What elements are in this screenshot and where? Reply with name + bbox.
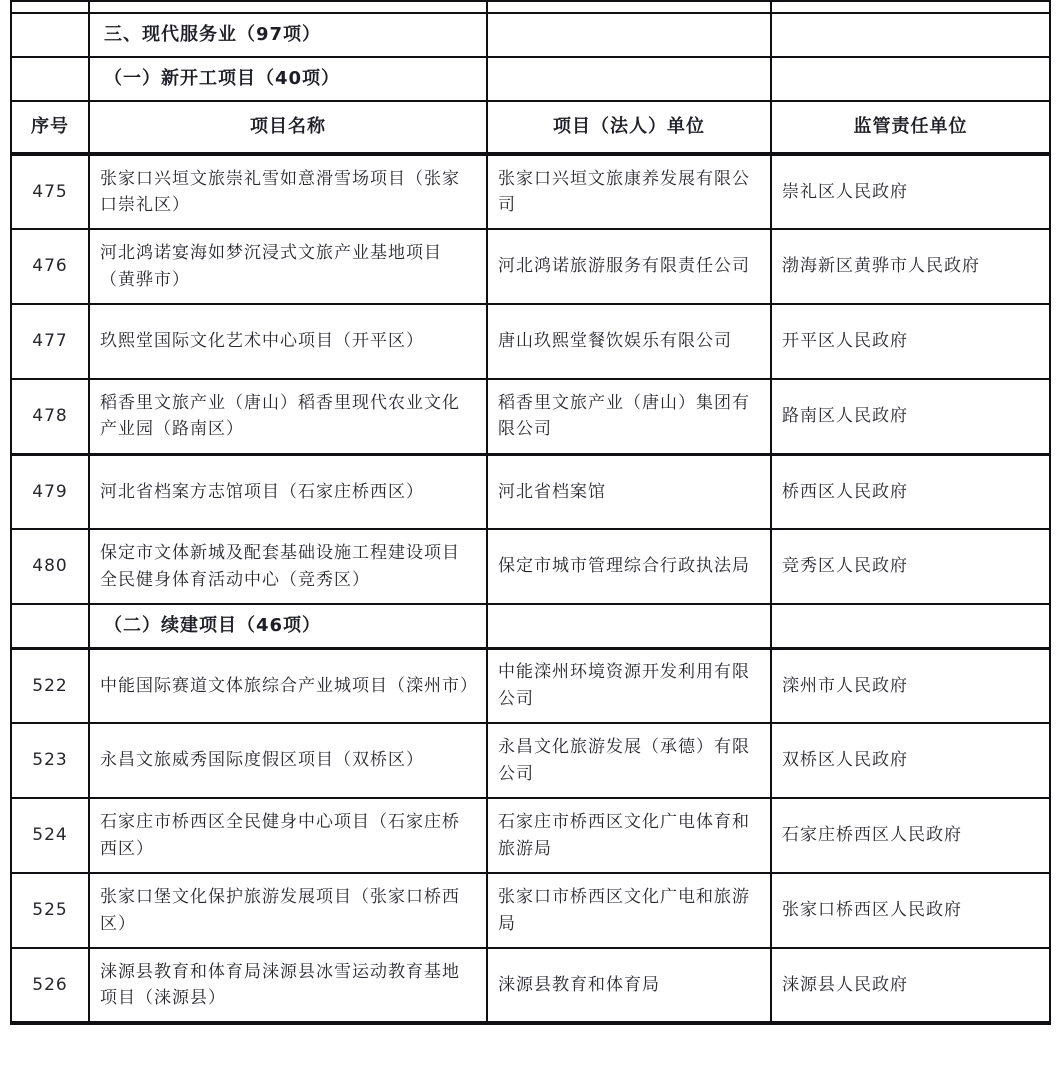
empty-cell [487, 13, 771, 57]
section-row-modern-services: 三、现代服务业（97项） [11, 13, 1050, 57]
empty-cell [11, 13, 89, 57]
subsection2-body: （二）续建项目（46项） [11, 604, 1050, 648]
empty-cell [771, 57, 1050, 101]
subsection-title: （一）新开工项目（40项） [89, 57, 487, 101]
table-container: 三、现代服务业（97项） （一）新开工项目（40项） 序号 项目名称 项目（法人… [10, 0, 1049, 1025]
subsection-row-new-start: （一）新开工项目（40项） [11, 57, 1050, 101]
project-name-cell: 中能国际赛道文体旅综合产业城项目（滦州市） [89, 648, 487, 723]
supervisor-cell: 石家庄桥西区人民政府 [771, 798, 1050, 873]
empty-cell [771, 604, 1050, 648]
empty-cell [487, 604, 771, 648]
project-name-cell: 河北省档案方志馆项目（石家庄桥西区） [89, 454, 487, 529]
table-row: 523 永昌文旅威秀国际度假区项目（双桥区） 永昌文化旅游发展（承德）有限公司 … [11, 723, 1050, 798]
empty-cell [771, 13, 1050, 57]
empty-cell [11, 57, 89, 101]
partial-top-row [11, 1, 1050, 13]
empty-cell [11, 604, 89, 648]
project-name-cell: 张家口兴垣文旅崇礼雪如意滑雪场项目（张家口崇礼区） [89, 154, 487, 229]
row-number-cell: 475 [11, 154, 89, 229]
project-name-cell: 张家口堡文化保护旅游发展项目（张家口桥西区） [89, 873, 487, 948]
row-number-cell: 479 [11, 454, 89, 529]
empty-cell [487, 57, 771, 101]
row-number-cell: 523 [11, 723, 89, 798]
project-approval-table: 三、现代服务业（97项） （一）新开工项目（40项） 序号 项目名称 项目（法人… [10, 0, 1051, 1025]
table-top-section: 三、现代服务业（97项） （一）新开工项目（40项） 序号 项目名称 项目（法人… [11, 1, 1050, 154]
subsection-row-continue: （二）续建项目（46项） [11, 604, 1050, 648]
column-header-row: 序号 项目名称 项目（法人）单位 监管责任单位 [11, 101, 1050, 154]
legal-entity-cell: 唐山玖熙堂餐饮娱乐有限公司 [487, 304, 771, 379]
supervisor-cell: 桥西区人民政府 [771, 454, 1050, 529]
table-row: 475 张家口兴垣文旅崇礼雪如意滑雪场项目（张家口崇礼区） 张家口兴垣文旅康养发… [11, 154, 1050, 229]
supervisor-cell: 崇礼区人民政府 [771, 154, 1050, 229]
project-name-cell: 永昌文旅威秀国际度假区项目（双桥区） [89, 723, 487, 798]
project-name-cell: 保定市文体新城及配套基础设施工程建设项目全民健身体育活动中心（竞秀区） [89, 529, 487, 604]
row-number-cell: 478 [11, 379, 89, 454]
column-header-legal-entity: 项目（法人）单位 [487, 101, 771, 154]
empty-cell [11, 1, 89, 13]
row-number-cell: 477 [11, 304, 89, 379]
supervisor-cell: 竞秀区人民政府 [771, 529, 1050, 604]
new-start-rows: 475 张家口兴垣文旅崇礼雪如意滑雪场项目（张家口崇礼区） 张家口兴垣文旅康养发… [11, 154, 1050, 604]
legal-entity-cell: 河北省档案馆 [487, 454, 771, 529]
row-number-cell: 476 [11, 229, 89, 304]
legal-entity-cell: 石家庄市桥西区文化广电体育和旅游局 [487, 798, 771, 873]
document-page: 三、现代服务业（97项） （一）新开工项目（40项） 序号 项目名称 项目（法人… [0, 0, 1059, 1074]
row-number-cell: 522 [11, 648, 89, 723]
supervisor-cell: 双桥区人民政府 [771, 723, 1050, 798]
column-header-project-name: 项目名称 [89, 101, 487, 154]
row-number-cell: 524 [11, 798, 89, 873]
legal-entity-cell: 张家口兴垣文旅康养发展有限公司 [487, 154, 771, 229]
project-name-cell: 石家庄市桥西区全民健身中心项目（石家庄桥西区） [89, 798, 487, 873]
legal-entity-cell: 中能滦州环境资源开发利用有限公司 [487, 648, 771, 723]
table-row: 477 玖熙堂国际文化艺术中心项目（开平区） 唐山玖熙堂餐饮娱乐有限公司 开平区… [11, 304, 1050, 379]
table-row: 525 张家口堡文化保护旅游发展项目（张家口桥西区） 张家口市桥西区文化广电和旅… [11, 873, 1050, 948]
table-row: 476 河北鸿诺宴海如梦沉浸式文旅产业基地项目（黄骅市） 河北鸿诺旅游服务有限责… [11, 229, 1050, 304]
row-number-cell: 525 [11, 873, 89, 948]
row-number-cell: 480 [11, 529, 89, 604]
section-title: 三、现代服务业（97项） [89, 13, 487, 57]
supervisor-cell: 路南区人民政府 [771, 379, 1050, 454]
supervisor-cell: 张家口桥西区人民政府 [771, 873, 1050, 948]
column-header-no: 序号 [11, 101, 89, 154]
supervisor-cell: 滦州市人民政府 [771, 648, 1050, 723]
project-name-cell: 涞源县教育和体育局涞源县冰雪运动教育基地项目（涞源县） [89, 948, 487, 1023]
row-number-cell: 526 [11, 948, 89, 1023]
subsection-title: （二）续建项目（46项） [89, 604, 487, 648]
table-row: 478 稻香里文旅产业（唐山）稻香里现代农业文化产业园（路南区） 稻香里文旅产业… [11, 379, 1050, 454]
empty-cell [771, 1, 1050, 13]
table-row: 479 河北省档案方志馆项目（石家庄桥西区） 河北省档案馆 桥西区人民政府 [11, 454, 1050, 529]
legal-entity-cell: 涞源县教育和体育局 [487, 948, 771, 1023]
table-row: 524 石家庄市桥西区全民健身中心项目（石家庄桥西区） 石家庄市桥西区文化广电体… [11, 798, 1050, 873]
project-name-cell: 稻香里文旅产业（唐山）稻香里现代农业文化产业园（路南区） [89, 379, 487, 454]
legal-entity-cell: 稻香里文旅产业（唐山）集团有限公司 [487, 379, 771, 454]
legal-entity-cell: 河北鸿诺旅游服务有限责任公司 [487, 229, 771, 304]
table-row: 480 保定市文体新城及配套基础设施工程建设项目全民健身体育活动中心（竞秀区） … [11, 529, 1050, 604]
supervisor-cell: 开平区人民政府 [771, 304, 1050, 379]
supervisor-cell: 渤海新区黄骅市人民政府 [771, 229, 1050, 304]
empty-cell [487, 1, 771, 13]
continue-rows: 522 中能国际赛道文体旅综合产业城项目（滦州市） 中能滦州环境资源开发利用有限… [11, 648, 1050, 1023]
supervisor-cell: 涞源县人民政府 [771, 948, 1050, 1023]
empty-cell [89, 1, 487, 13]
table-row: 522 中能国际赛道文体旅综合产业城项目（滦州市） 中能滦州环境资源开发利用有限… [11, 648, 1050, 723]
project-name-cell: 河北鸿诺宴海如梦沉浸式文旅产业基地项目（黄骅市） [89, 229, 487, 304]
legal-entity-cell: 张家口市桥西区文化广电和旅游局 [487, 873, 771, 948]
legal-entity-cell: 保定市城市管理综合行政执法局 [487, 529, 771, 604]
table-row: 526 涞源县教育和体育局涞源县冰雪运动教育基地项目（涞源县） 涞源县教育和体育… [11, 948, 1050, 1023]
legal-entity-cell: 永昌文化旅游发展（承德）有限公司 [487, 723, 771, 798]
column-header-supervisor: 监管责任单位 [771, 101, 1050, 154]
project-name-cell: 玖熙堂国际文化艺术中心项目（开平区） [89, 304, 487, 379]
